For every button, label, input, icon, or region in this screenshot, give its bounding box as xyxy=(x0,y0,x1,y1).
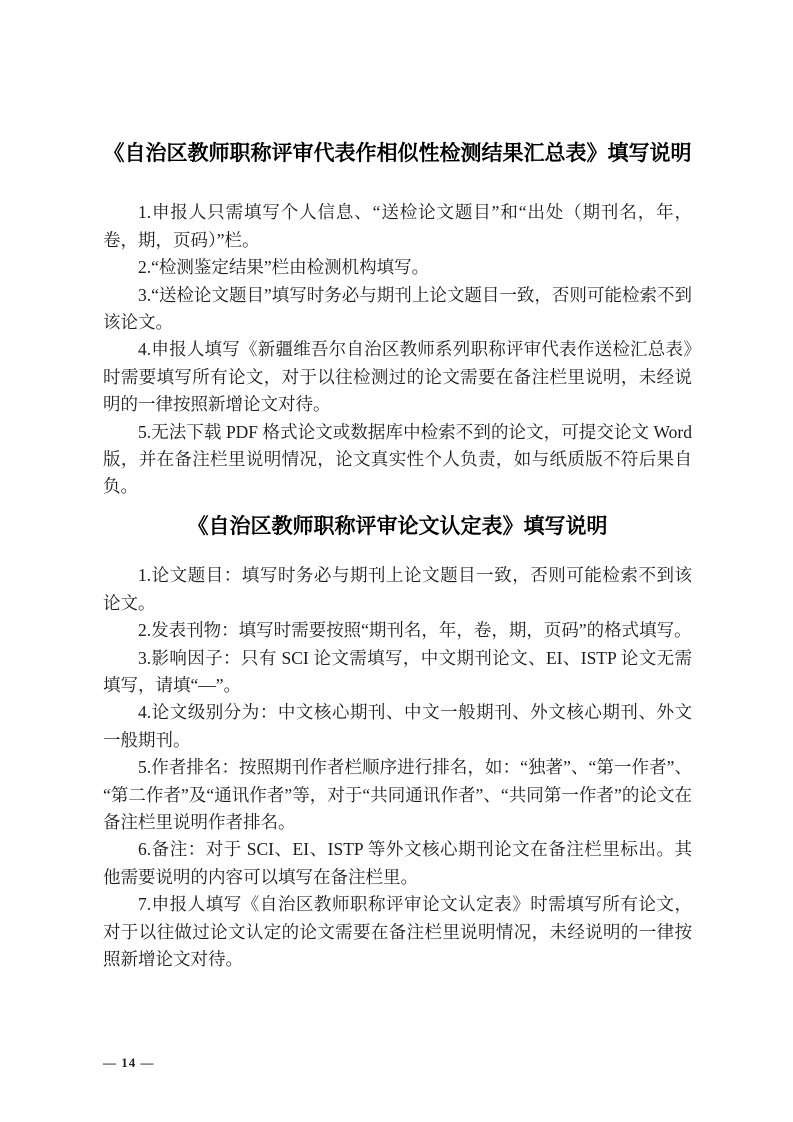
paragraph: 3.影响因子：只有 SCI 论文需填写，中文期刊论文、EI、ISTP 论文无需填… xyxy=(103,645,692,700)
paragraph: 5.作者排名：按照期刊作者栏顺序进行排名，如：“独著”、“第一作者”、“第二作者… xyxy=(103,754,692,836)
document-page: 《自治区教师职称评审代表作相似性检测结果汇总表》填写说明 1.申报人只需填写个人… xyxy=(0,0,793,1122)
paragraph: 3.“送检论文题目”填写时务必与期刊上论文题目一致，否则可能检索不到该论文。 xyxy=(103,282,692,337)
paragraph: 7.申报人填写《自治区教师职称评审论文认定表》时需填写所有论文，对于以往做过论文… xyxy=(103,891,692,973)
paragraph: 1.申报人只需填写个人信息、“送检论文题目”和“出处（期刊名，年，卷，期，页码）… xyxy=(103,199,692,254)
section-paper-confirmation: 《自治区教师职称评审论文认定表》填写说明 1.论文题目：填写时务必与期刊上论文题… xyxy=(103,513,692,974)
document-content: 《自治区教师职称评审代表作相似性检测结果汇总表》填写说明 1.申报人只需填写个人… xyxy=(103,140,692,973)
section-body: 1.申报人只需填写个人信息、“送检论文题目”和“出处（期刊名，年，卷，期，页码）… xyxy=(103,199,692,500)
paragraph: 4.申报人填写《新疆维吾尔自治区教师系列职称评审代表作送检汇总表》时需要填写所有… xyxy=(103,336,692,418)
section-similarity-check-summary: 《自治区教师职称评审代表作相似性检测结果汇总表》填写说明 1.申报人只需填写个人… xyxy=(103,140,692,501)
paragraph: 2.发表刊物：填写时需要按照“期刊名，年，卷，期，页码”的格式填写。 xyxy=(103,617,692,644)
page-number: — 14 — xyxy=(103,1055,155,1071)
paragraph: 1.论文题目：填写时务必与期刊上论文题目一致，否则可能检索不到该论文。 xyxy=(103,562,692,617)
section-body: 1.论文题目：填写时务必与期刊上论文题目一致，否则可能检索不到该论文。 2.发表… xyxy=(103,562,692,973)
paragraph: 2.“检测鉴定结果”栏由检测机构填写。 xyxy=(103,254,692,281)
section-title: 《自治区教师职称评审论文认定表》填写说明 xyxy=(103,513,692,540)
paragraph: 6.备注：对于 SCI、EI、ISTP 等外文核心期刊论文在备注栏里标出。其他需… xyxy=(103,836,692,891)
section-title: 《自治区教师职称评审代表作相似性检测结果汇总表》填写说明 xyxy=(103,140,692,167)
paragraph: 4.论文级别分为：中文核心期刊、中文一般期刊、外文核心期刊、外文一般期刊。 xyxy=(103,699,692,754)
paragraph: 5.无法下载 PDF 格式论文或数据库中检索不到的论文，可提交论文 Word 版… xyxy=(103,419,692,501)
